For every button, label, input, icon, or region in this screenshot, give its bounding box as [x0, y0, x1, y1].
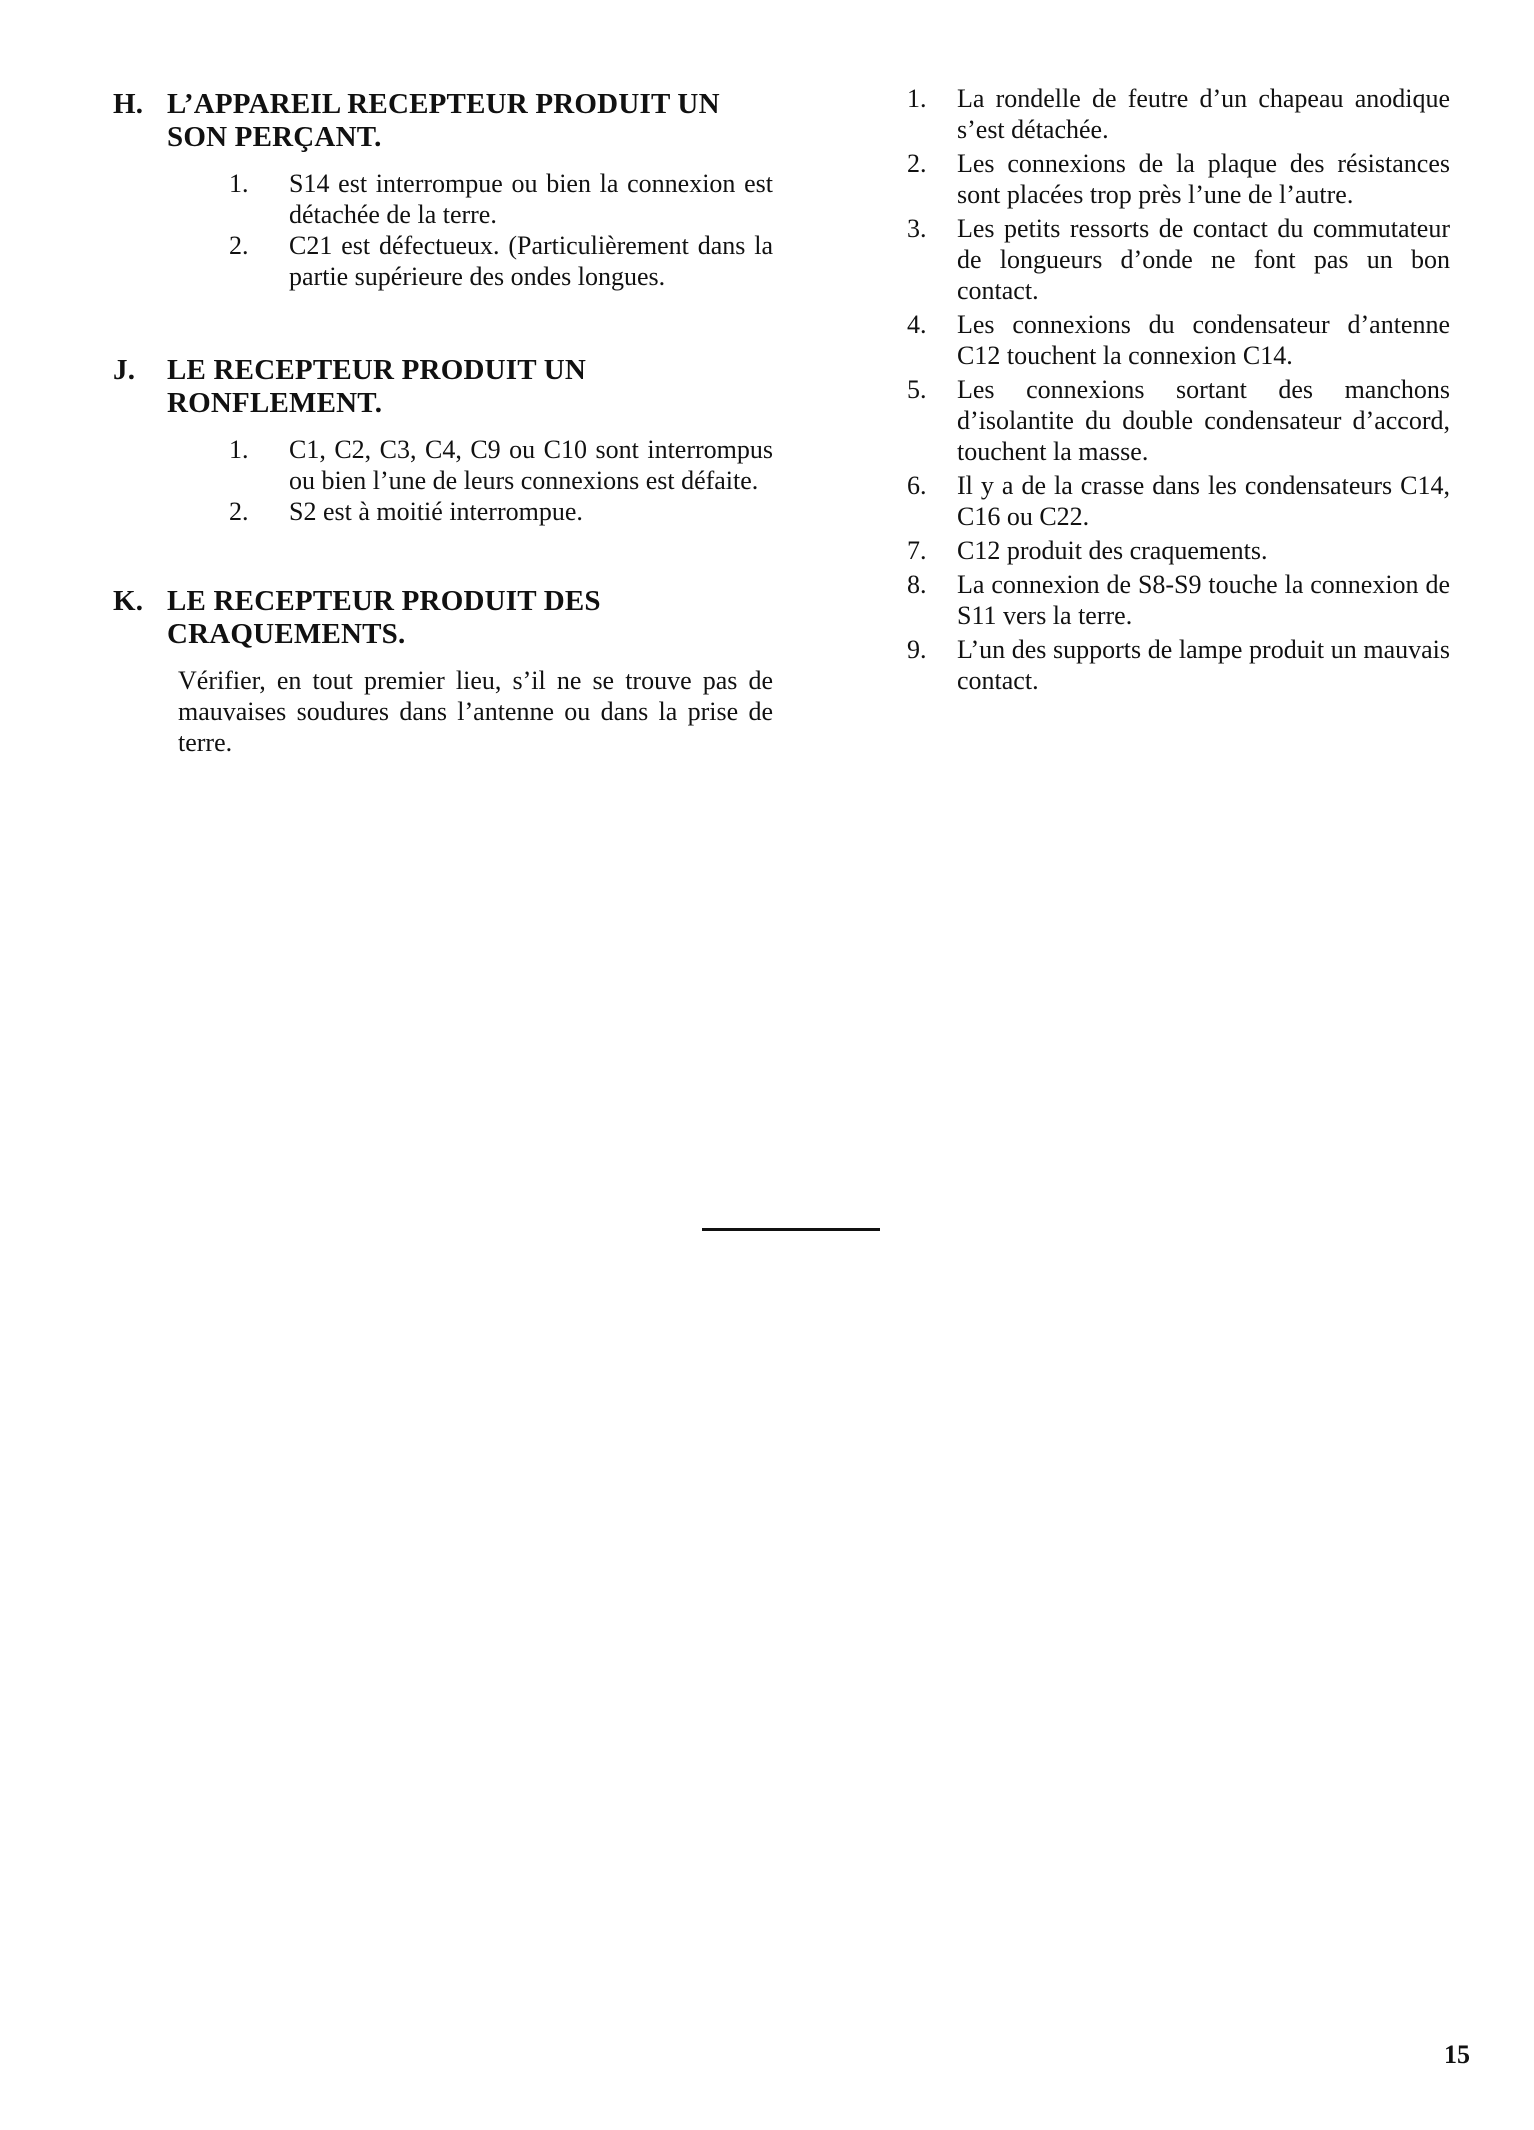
- list-item: 8.La connexion de S8-S9 touche la connex…: [895, 569, 1450, 631]
- item-number: 2.: [229, 496, 289, 527]
- item-number: 1.: [229, 168, 289, 230]
- item-list: 1. C1, C2, C3, C4, C9 ou C10 sont interr…: [229, 434, 773, 527]
- item-number: 4.: [895, 309, 957, 371]
- item-number: 5.: [895, 374, 957, 467]
- section-heading: H. L’APPAREIL RECEPTEUR PRODUIT UN SON P…: [113, 88, 773, 154]
- item-text: C21 est défectueux. (Particulièrement da…: [289, 230, 773, 292]
- list-item: 1.La rondelle de feutre d’un chapeau ano…: [895, 83, 1450, 145]
- item-text: Les connexions sortant des manchons d’is…: [957, 374, 1450, 467]
- item-number: 2.: [229, 230, 289, 292]
- section-paragraph: Vérifier, en tout premier lieu, s’il ne …: [178, 665, 773, 758]
- item-text: S2 est à moitié interrompue.: [289, 496, 773, 527]
- item-number: 1.: [229, 434, 289, 496]
- item-text: Les connexions de la plaque des résistan…: [957, 148, 1450, 210]
- item-text: Il y a de la crasse dans les condensateu…: [957, 470, 1450, 532]
- section-divider: [702, 1228, 880, 1231]
- list-item: 1. S14 est interrompue ou bien la connex…: [229, 168, 773, 230]
- item-number: 1.: [895, 83, 957, 145]
- item-number: 8.: [895, 569, 957, 631]
- item-text: C12 produit des craquements.: [957, 535, 1450, 566]
- section-k: K. LE RECEPTEUR PRODUIT DES CRAQUEMENTS.…: [113, 585, 773, 758]
- list-item: 2.Les connexions de la plaque des résist…: [895, 148, 1450, 210]
- list-item: 3.Les petits ressorts de contact du comm…: [895, 213, 1450, 306]
- list-item: 2. S2 est à moitié interrompue.: [229, 496, 773, 527]
- page-number: 15: [1444, 2040, 1470, 2070]
- cause-list: 1.La rondelle de feutre d’un chapeau ano…: [895, 83, 1450, 699]
- section-letter: J.: [113, 354, 167, 420]
- item-number: 3.: [895, 213, 957, 306]
- item-text: La rondelle de feutre d’un chapeau anodi…: [957, 83, 1450, 145]
- section-title: LE RECEPTEUR PRODUIT UN RONFLEMENT.: [167, 354, 773, 420]
- section-h: H. L’APPAREIL RECEPTEUR PRODUIT UN SON P…: [113, 88, 773, 292]
- list-item: 6.Il y a de la crasse dans les condensat…: [895, 470, 1450, 532]
- section-title: L’APPAREIL RECEPTEUR PRODUIT UN SON PERÇ…: [167, 88, 773, 154]
- list-item: 5.Les connexions sortant des manchons d’…: [895, 374, 1450, 467]
- item-text: S14 est interrompue ou bien la connexion…: [289, 168, 773, 230]
- item-text: L’un des supports de lampe produit un ma…: [957, 634, 1450, 696]
- item-text: Les petits ressorts de contact du commut…: [957, 213, 1450, 306]
- list-item: 4.Les connexions du condensateur d’anten…: [895, 309, 1450, 371]
- list-item: 1. C1, C2, C3, C4, C9 ou C10 sont interr…: [229, 434, 773, 496]
- item-number: 7.: [895, 535, 957, 566]
- section-j: J. LE RECEPTEUR PRODUIT UN RONFLEMENT. 1…: [113, 354, 773, 527]
- list-item: 7.C12 produit des craquements.: [895, 535, 1450, 566]
- item-list: 1. S14 est interrompue ou bien la connex…: [229, 168, 773, 292]
- item-text: C1, C2, C3, C4, C9 ou C10 sont interromp…: [289, 434, 773, 496]
- item-number: 2.: [895, 148, 957, 210]
- list-item: 2. C21 est défectueux. (Particulièrement…: [229, 230, 773, 292]
- item-number: 9.: [895, 634, 957, 696]
- section-letter: K.: [113, 585, 167, 651]
- section-letter: H.: [113, 88, 167, 154]
- item-number: 6.: [895, 470, 957, 532]
- section-heading: K. LE RECEPTEUR PRODUIT DES CRAQUEMENTS.: [113, 585, 773, 651]
- list-item: 9.L’un des supports de lampe produit un …: [895, 634, 1450, 696]
- item-text: Les connexions du condensateur d’antenne…: [957, 309, 1450, 371]
- section-heading: J. LE RECEPTEUR PRODUIT UN RONFLEMENT.: [113, 354, 773, 420]
- item-text: La connexion de S8-S9 touche la connexio…: [957, 569, 1450, 631]
- section-title: LE RECEPTEUR PRODUIT DES CRAQUEMENTS.: [167, 585, 773, 651]
